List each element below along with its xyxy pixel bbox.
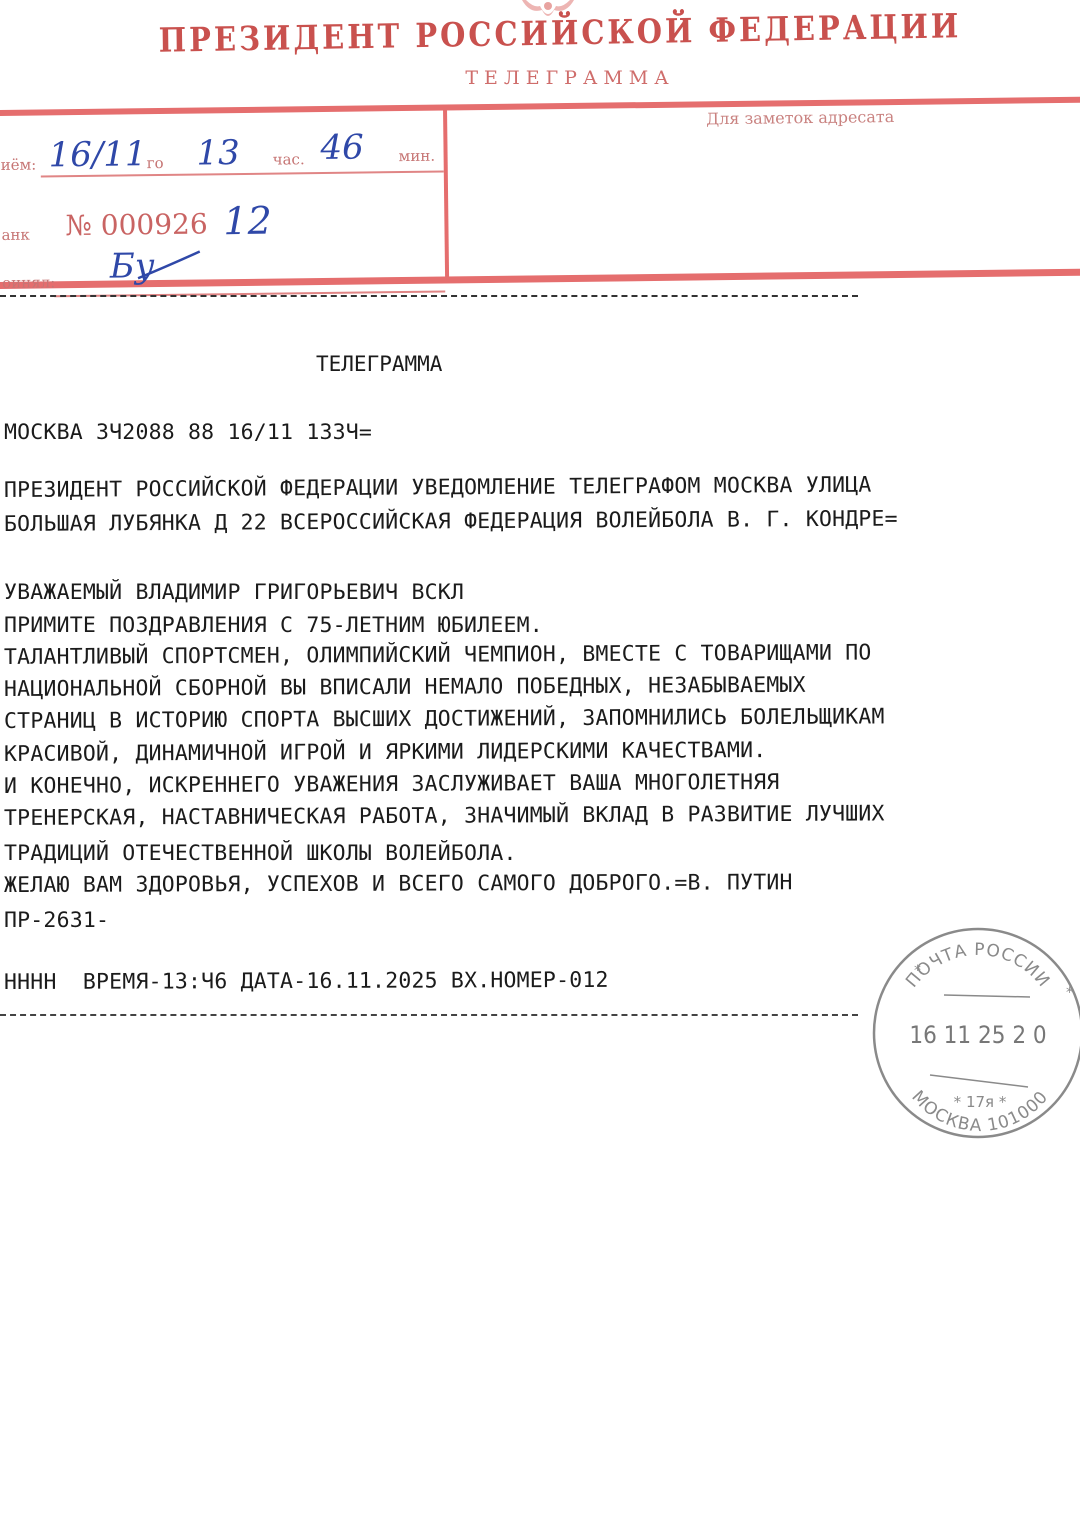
- top-dashed-divider: [0, 295, 858, 297]
- stamp-star-icon: *: [1066, 985, 1073, 1001]
- signature-stroke-icon: [128, 247, 208, 288]
- stamp-star-icon: *: [914, 963, 921, 979]
- hour-value: 13: [196, 133, 240, 174]
- letterhead-subtitle: ТЕЛЕГРАММА: [0, 67, 1080, 89]
- minute-value: 46: [320, 128, 364, 169]
- form-border-top: [0, 97, 1080, 116]
- address-line: БОЛЬШАЯ ЛУБЯНКА Д 22 ВСЕРОССИЙСКАЯ ФЕДЕР…: [4, 507, 898, 537]
- blank-label: анк: [1, 226, 30, 244]
- body-line: КРАСИВОЙ, ДИНАМИЧНОЙ ИГРОЙ И ЯРКИМИ ЛИДЕ…: [4, 738, 766, 767]
- blank-number: № 000926: [65, 207, 208, 242]
- address-line: ПРЕЗИДЕНТ РОССИЙСКОЙ ФЕДЕРАЦИИ УВЕДОМЛЕН…: [4, 473, 872, 503]
- body-line: ПРИМИТЕ ПОЗДРАВЛЕНИЯ С 75-ЛЕТНИМ ЮБИЛЕЕМ…: [4, 613, 543, 638]
- accepted-label: оинял:: [2, 273, 55, 292]
- body-line: ТРАДИЦИЙ ОТЕЧЕСТВЕННОЙ ШКОЛЫ ВОЛЕЙБОЛА.: [4, 841, 517, 866]
- year-label: го: [147, 154, 164, 172]
- svg-text:ПОЧТА РОССИИ: ПОЧТА РОССИИ: [902, 940, 1054, 992]
- notes-label: Для заметок адресата: [706, 107, 894, 128]
- received-date-value: 16/11: [48, 134, 146, 175]
- body-line: ТРЕНЕРСКАЯ, НАСТАВНИЧЕСКАЯ РАБОТА, ЗНАЧИ…: [4, 801, 885, 831]
- body-line: УВАЖАЕМЫЙ ВЛАДИМИР ГРИГОРЬЕВИЧ ВСКЛ: [4, 580, 464, 605]
- stamp-code: * 17я *: [954, 1093, 1007, 1111]
- stamp-top-text: ПОЧТА РОССИИ: [902, 940, 1054, 992]
- telegram-title: ТЕЛЕГРАММА: [316, 352, 442, 376]
- signature-line: ЖЕЛАЮ ВАМ ЗДОРОВЬЯ, УСПЕХОВ И ВСЕГО САМО…: [4, 870, 793, 898]
- reception-form: иём: 16/11 го 13 час. 46 мин. анк № 0009…: [0, 97, 1080, 288]
- postal-stamp: ПОЧТА РОССИИ * * 16 11 25 2 0 * 17я * МО…: [870, 925, 1080, 1141]
- origin-line: МОСКВА 3Ч2088 88 16/11 133Ч=: [4, 420, 372, 445]
- minute-label: мин.: [398, 147, 435, 165]
- body-line: И КОНЕЧНО, ИСКРЕННЕГО УВАЖЕНИЯ ЗАСЛУЖИВА…: [4, 770, 780, 799]
- form-divider: [443, 110, 449, 276]
- hour-label: час.: [273, 150, 305, 168]
- blank-suffix-handwritten: 12: [223, 199, 272, 244]
- bottom-dashed-divider: [0, 1014, 858, 1016]
- body-line: ТАЛАНТЛИВЫЙ СПОРТСМЕН, ОЛИМПИЙСКИЙ ЧЕМПИ…: [4, 640, 872, 670]
- received-label: иём:: [1, 156, 37, 174]
- body-line: СТРАНИЦ В ИСТОРИЮ СПОРТА ВЫСШИХ ДОСТИЖЕН…: [4, 704, 885, 734]
- reference-number: ПР-2631-: [4, 908, 109, 933]
- footer-line: НННН ВРЕМЯ-13:Ч6 ДАТА-16.11.2025 ВХ.НОМЕ…: [4, 968, 609, 995]
- body-line: НАЦИОНАЛЬНОЙ СБОРНОЙ ВЫ ВПИСАЛИ НЕМАЛО П…: [4, 673, 806, 702]
- stamp-date: 16 11 25 2 0: [909, 1021, 1046, 1049]
